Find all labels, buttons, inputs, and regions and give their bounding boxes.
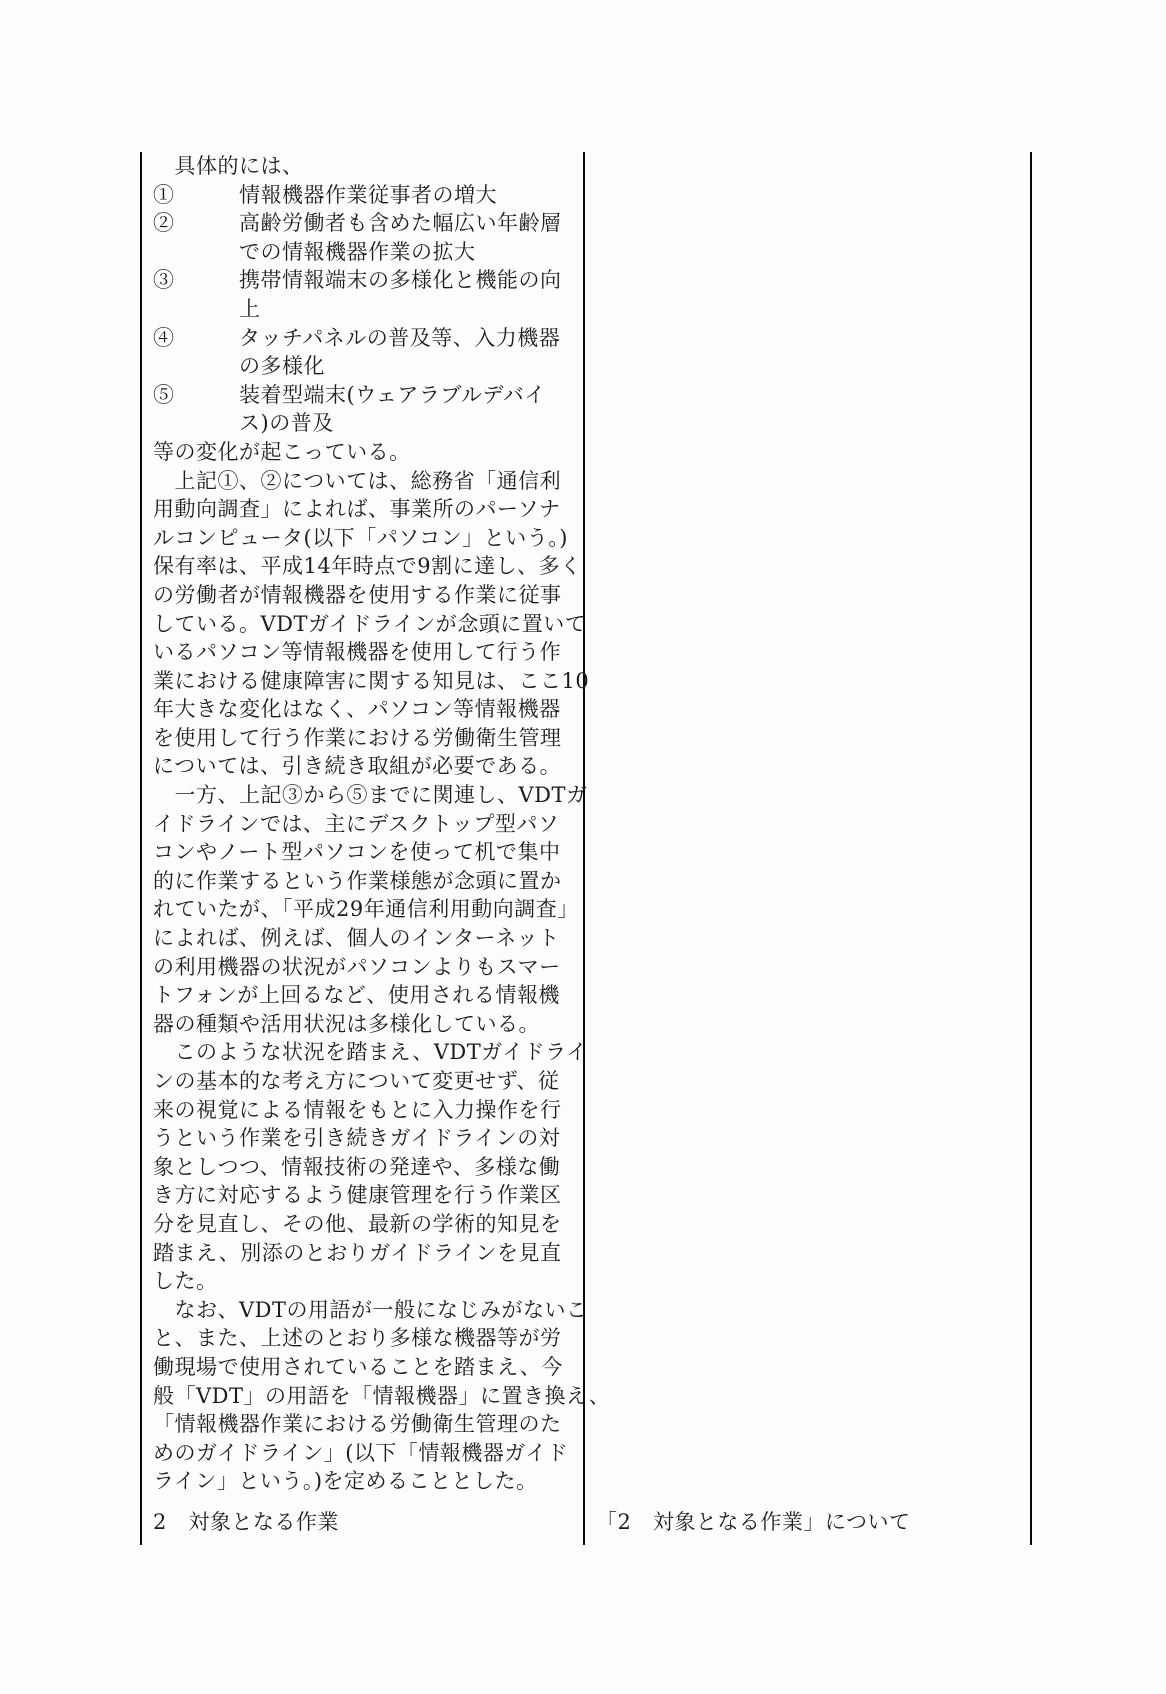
- text-line: 等の変化が起こっている。: [153, 438, 577, 467]
- left-column-body-text: 具体的には、① 情報機器作業従事者の増大② 高齢労働者も含めた幅広い年齢層 での…: [153, 152, 577, 1496]
- text-line: ① 情報機器作業従事者の増大: [153, 181, 577, 210]
- text-line: 分を見直し、その他、最新の学術的知見を: [153, 1210, 577, 1239]
- text-line: めのガイドライン」(以下「情報機器ガイド: [153, 1439, 577, 1468]
- text-line: イドラインでは、主にデスクトップ型パソ: [153, 810, 577, 839]
- text-line: 来の視覚による情報をもとに入力操作を行: [153, 1096, 577, 1125]
- text-line: いるパソコン等情報機器を使用して行う作: [153, 638, 577, 667]
- text-line: ⑤ 装着型端末(ウェアラブルデバイ: [153, 381, 577, 410]
- text-line: している。VDTガイドラインが念頭に置いて: [153, 610, 577, 639]
- text-line: ンの基本的な考え方について変更せず、従: [153, 1067, 577, 1096]
- text-line: 「情報機器作業における労働衛生管理のた: [153, 1410, 577, 1439]
- text-line: の労働者が情報機器を使用する作業に従事: [153, 581, 577, 610]
- text-line: によれば、例えば、個人のインターネット: [153, 924, 577, 953]
- text-line: の多様化: [153, 352, 577, 381]
- text-line: なお、VDTの用語が一般になじみがないこ: [153, 1296, 577, 1325]
- text-line: ス)の普及: [153, 409, 577, 438]
- right-column-section-heading: 「2 対象となる作業」について: [596, 1508, 1026, 1537]
- text-line: 働現場で使用されていることを踏まえ、今: [153, 1353, 577, 1382]
- text-line: れていたが、「平成29年通信利用動向調査」: [153, 895, 577, 924]
- text-line: このような状況を踏まえ、VDTガイドライ: [153, 1038, 577, 1067]
- table-border-left: [140, 152, 142, 1545]
- text-line: ルコンピュータ(以下「パソコン」という。): [153, 524, 577, 553]
- text-line: した。: [153, 1267, 577, 1296]
- text-line: 業における健康障害に関する知見は、ここ10: [153, 667, 577, 696]
- table-column-divider: [583, 152, 585, 1545]
- text-line: を使用して行う作業における労働衛生管理: [153, 724, 577, 753]
- table-border-right: [1030, 152, 1032, 1545]
- text-line: 上: [153, 295, 577, 324]
- text-line: 上記①、②については、総務省「通信利: [153, 467, 577, 496]
- text-line: 一方、上記③から⑤までに関連し、VDTガ: [153, 781, 577, 810]
- text-line: 具体的には、: [153, 152, 577, 181]
- text-line: ② 高齢労働者も含めた幅広い年齢層: [153, 209, 577, 238]
- text-line: 器の種類や活用状況は多様化している。: [153, 1010, 577, 1039]
- text-line: 象としつつ、情報技術の発達や、多様な働: [153, 1153, 577, 1182]
- text-line: 年大きな変化はなく、パソコン等情報機器: [153, 695, 577, 724]
- text-line: トフォンが上回るなど、使用される情報機: [153, 981, 577, 1010]
- text-line: ④ タッチパネルの普及等、入力機器: [153, 324, 577, 353]
- text-line: 踏まえ、別添のとおりガイドラインを見直: [153, 1239, 577, 1268]
- text-line: コンやノート型パソコンを使って机で集中: [153, 838, 577, 867]
- text-line: き方に対応するよう健康管理を行う作業区: [153, 1181, 577, 1210]
- text-line: うという作業を引き続きガイドラインの対: [153, 1124, 577, 1153]
- text-line: と、また、上述のとおり多様な機器等が労: [153, 1324, 577, 1353]
- text-line: ③ 携帯情報端末の多様化と機能の向: [153, 266, 577, 295]
- text-line: ライン」という。)を定めることとした。: [153, 1467, 577, 1496]
- text-line: 保有率は、平成14年時点で9割に達し、多く: [153, 552, 577, 581]
- left-column-section-heading: 2 対象となる作業: [153, 1508, 339, 1537]
- text-line: の利用機器の状況がパソコンよりもスマー: [153, 953, 577, 982]
- text-line: 用動向調査」によれば、事業所のパーソナ: [153, 495, 577, 524]
- document-page: 具体的には、① 情報機器作業従事者の増大② 高齢労働者も含めた幅広い年齢層 での…: [0, 0, 1166, 1694]
- text-line: での情報機器作業の拡大: [153, 238, 577, 267]
- text-line: 般「VDT」の用語を「情報機器」に置き換え、: [153, 1382, 577, 1411]
- text-line: 的に作業するという作業様態が念頭に置か: [153, 867, 577, 896]
- text-line: については、引き続き取組が必要である。: [153, 752, 577, 781]
